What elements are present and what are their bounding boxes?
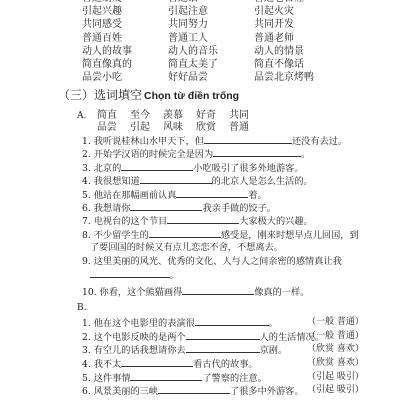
answer-options: （一般 普通）	[307, 316, 364, 330]
vocab-cell: 简直太美了	[168, 58, 254, 71]
answer-blank[interactable]	[213, 147, 301, 157]
question-text-after: 还没有去过。	[292, 136, 347, 147]
question-number: 10.	[82, 287, 97, 298]
question-text: 开始学汉语的时候完全是因为	[94, 149, 213, 160]
question-row: 1. 他在这个电影里的表演很。（一般 普通）	[82, 316, 392, 330]
answer-options: （欣赏 喜欢）	[307, 357, 364, 371]
question-text: 风景美丽的三峡	[94, 386, 158, 397]
question-text-after: 看古代的故事。	[193, 359, 257, 370]
question-row: 5. 他站在那幅画前认真着。	[82, 188, 382, 201]
word-bank-item: 至今	[130, 110, 163, 122]
word-bank: A. 简直 至今 羡慕 好奇 共同 品尝 引起 风味 欣赏 普通	[77, 110, 262, 134]
question-number: 1.	[82, 318, 91, 329]
question-number: 8.	[82, 230, 91, 241]
vocab-cell: 好好品尝	[168, 71, 254, 84]
vocab-cell: 共同感受	[82, 18, 168, 31]
question-number: 5.	[82, 373, 91, 384]
vocab-cell: 简直像真的	[82, 58, 168, 71]
part-b-label: B.	[77, 303, 86, 313]
question-text: 了要回国的时候又有点儿恋恋不舍，不想离去。	[90, 242, 283, 253]
vocab-row: 共同感受共同努力共同开发	[82, 18, 382, 31]
question-text: 这个电影反映的是两个	[94, 332, 186, 343]
answer-blank[interactable]	[186, 343, 260, 353]
question-row: 6. 风景美丽的三峡了很多中外游客。（引起 吸引）	[82, 384, 392, 398]
vocab-row: 动人的故事动人的音乐动人的情景	[82, 45, 382, 58]
question-text-after: 着。	[248, 190, 266, 201]
word-bank-item: 羡慕	[163, 110, 196, 122]
question-number: 4.	[82, 359, 91, 370]
question-row: 6. 我想请你我亲手做的饺子。	[82, 201, 382, 214]
vocab-cell: 动人的情景	[254, 45, 374, 58]
section-title-cn: （三）选词填空	[58, 88, 142, 102]
question-row: 9. 这里美丽的风光、优秀的文化、人与人之间亲密的感情真让我	[82, 255, 382, 268]
question-number: 9.	[82, 256, 91, 267]
question-number: 6.	[82, 203, 91, 214]
question-number: 3.	[82, 345, 91, 356]
question-text: 我很想知道	[94, 176, 140, 187]
question-text: 他在这个电影里的表演很	[94, 318, 195, 329]
answer-blank[interactable]	[140, 174, 212, 184]
word-bank-row: A. 简直 至今 羡慕 好奇 共同	[77, 110, 262, 122]
word-bank-item: 风味	[163, 122, 196, 134]
vocab-row: 品尝小吃好好品尝品尝北京烤鸭	[82, 71, 382, 84]
vocab-table: 普通朋友普通话普通老百姓引起兴趣引起注意引起火灾共同感受共同努力共同开发普通百姓…	[82, 0, 382, 84]
word-bank-item: 引起	[130, 122, 163, 134]
answer-blank[interactable]	[130, 371, 202, 381]
worksheet-page: 普通朋友普通话普通老百姓引起兴趣引起注意引起火灾共同感受共同努力共同开发普通百姓…	[0, 0, 400, 400]
word-bank-item: 好奇	[196, 110, 229, 122]
vocab-row: 引起兴趣引起注意引起火灾	[82, 5, 382, 18]
answer-blank[interactable]	[186, 330, 260, 340]
section-title-vn: Chọn từ điền trống	[144, 90, 239, 102]
question-text: 这里美丽的风光、优秀的文化、人与人之间亲密的感情真让我	[94, 256, 342, 267]
answer-blank[interactable]	[167, 214, 239, 224]
question-text-after: 我亲手做的饺子。	[202, 203, 276, 214]
question-text-after: 小吃吸引了很多外地游客。	[193, 163, 303, 174]
question-number: 4.	[82, 176, 91, 187]
word-bank-item: 欣赏	[196, 122, 229, 134]
question-row: 3. 有空儿的话我想请你去京剧。（欣赏 喜欢）	[82, 343, 392, 357]
question-number: 6.	[82, 386, 91, 397]
question-text: 我想请你	[94, 203, 131, 214]
vocab-cell: 共同开发	[254, 18, 374, 31]
question-text-after: 感受是，刚来时想早点儿回国，到	[221, 230, 359, 241]
question-number: 3.	[82, 163, 91, 174]
vocab-cell: 普通老师	[254, 32, 374, 45]
answer-options: （引起 吸引）	[307, 371, 364, 385]
answer-blank[interactable]	[121, 161, 193, 171]
word-bank-row: 品尝 引起 风味 欣赏 普通	[77, 122, 262, 134]
vocab-cell: 普通百姓	[82, 32, 168, 45]
question-row: 8. 不少留学生的感受是，刚来时想早点儿回国，到	[82, 228, 382, 241]
question-number: 7.	[82, 216, 91, 227]
question-row: 2. 这个电影反映的是两个人的生活情况。（一般 普通）	[82, 330, 392, 344]
question-row: 4. 我不太看古代的故事。（欣赏 喜欢）	[82, 357, 392, 371]
answer-options: （引起 吸引）	[307, 384, 364, 398]
answer-blank[interactable]	[149, 228, 221, 238]
question-row: 2. 开始学汉语的时候完全是因为。	[82, 147, 382, 160]
question-text-after: 大家极大的兴趣。	[239, 216, 313, 227]
vocab-cell: 品尝小吃	[82, 71, 168, 84]
answer-blank[interactable]	[121, 357, 193, 367]
answer-blank[interactable]	[130, 201, 202, 211]
vocab-cell: 简直不像话	[254, 58, 374, 71]
question-text: 我不太	[94, 359, 122, 370]
question-text: 这件事情	[94, 373, 131, 384]
word-bank-item: 普通	[229, 122, 262, 134]
question-text-after: 。	[170, 270, 179, 281]
question-row: 4. 我很想知道的北京人是怎么生活的。	[82, 174, 382, 187]
question-row: 。	[82, 268, 382, 281]
vocab-cell: 动人的故事	[82, 45, 168, 58]
vocab-cell: 引起兴趣	[82, 5, 168, 18]
question-text-after: 。	[301, 149, 310, 160]
question-row: 3. 北京的小吃吸引了很多外地游客。	[82, 161, 382, 174]
question-text: 你看，这个熊猫画得	[100, 287, 183, 298]
answer-options: （一般 普通）	[307, 330, 364, 344]
question-number: 5.	[82, 190, 91, 201]
question-row: 1. 我听说桂林山水甲天下，但还没有去过。	[82, 134, 382, 147]
part-b-questions: 1. 他在这个电影里的表演很。（一般 普通）2. 这个电影反映的是两个人的生活情…	[82, 316, 392, 398]
answer-blank[interactable]	[195, 316, 269, 326]
section-title: （三）选词填空Chọn từ điền trống	[58, 86, 239, 103]
question-number: 2.	[82, 332, 91, 343]
vocab-cell: 引起火灾	[254, 5, 374, 18]
answer-blank[interactable]	[204, 134, 292, 144]
question-text-after: 。	[269, 318, 278, 329]
answer-blank[interactable]	[158, 384, 230, 394]
question-row: 5. 这件事情了警察的注意。（引起 吸引）	[82, 371, 392, 385]
vocab-cell: 引起注意	[168, 5, 254, 18]
vocab-cell: 动人的音乐	[168, 45, 254, 58]
question-text: 有空儿的话我想请你去	[94, 345, 186, 356]
question-text-after: 的北京人是怎么生活的。	[212, 176, 313, 187]
question-text-after: 了警察的注意。	[202, 373, 266, 384]
vocab-cell: 共同努力	[168, 18, 254, 31]
question-row: 10. 你看，这个熊猫画得像真的一样。	[82, 285, 382, 298]
part-a-questions: 1. 我听说桂林山水甲天下，但还没有去过。2. 开始学汉语的时候完全是因为。3.…	[82, 134, 382, 299]
word-bank-item: 品尝	[97, 122, 130, 134]
answer-options: （欣赏 喜欢）	[307, 343, 364, 357]
question-text: 北京的	[94, 163, 122, 174]
answer-blank[interactable]	[182, 285, 254, 295]
answer-blank[interactable]	[90, 268, 170, 278]
question-text: 不少留学生的	[94, 230, 149, 241]
word-bank-item: 简直	[97, 110, 130, 122]
question-row: 7. 电视台的这个节目大家极大的兴趣。	[82, 214, 382, 227]
part-a-label: A.	[77, 110, 97, 122]
question-number: 1.	[82, 136, 91, 147]
question-text: 我听说桂林山水甲天下，但	[94, 136, 204, 147]
question-text-after: 了很多中外游客。	[230, 386, 304, 397]
question-number: 2.	[82, 149, 91, 160]
vocab-cell: 普通工人	[168, 32, 254, 45]
question-text-after: 京剧。	[260, 345, 288, 356]
question-text-after: 像真的一样。	[254, 287, 309, 298]
word-bank-item: 共同	[229, 110, 262, 122]
question-text: 电视台的这个节目	[94, 216, 168, 227]
answer-blank[interactable]	[176, 188, 248, 198]
vocab-row: 简直像真的简直太美了简直不像话	[82, 58, 382, 71]
vocab-cell: 品尝北京烤鸭	[254, 71, 374, 84]
question-row: 了要回国的时候又有点儿恋恋不舍，不想离去。	[82, 241, 382, 254]
question-text: 他站在那幅画前认真	[94, 190, 177, 201]
vocab-row: 普通百姓普通工人普通老师	[82, 32, 382, 45]
